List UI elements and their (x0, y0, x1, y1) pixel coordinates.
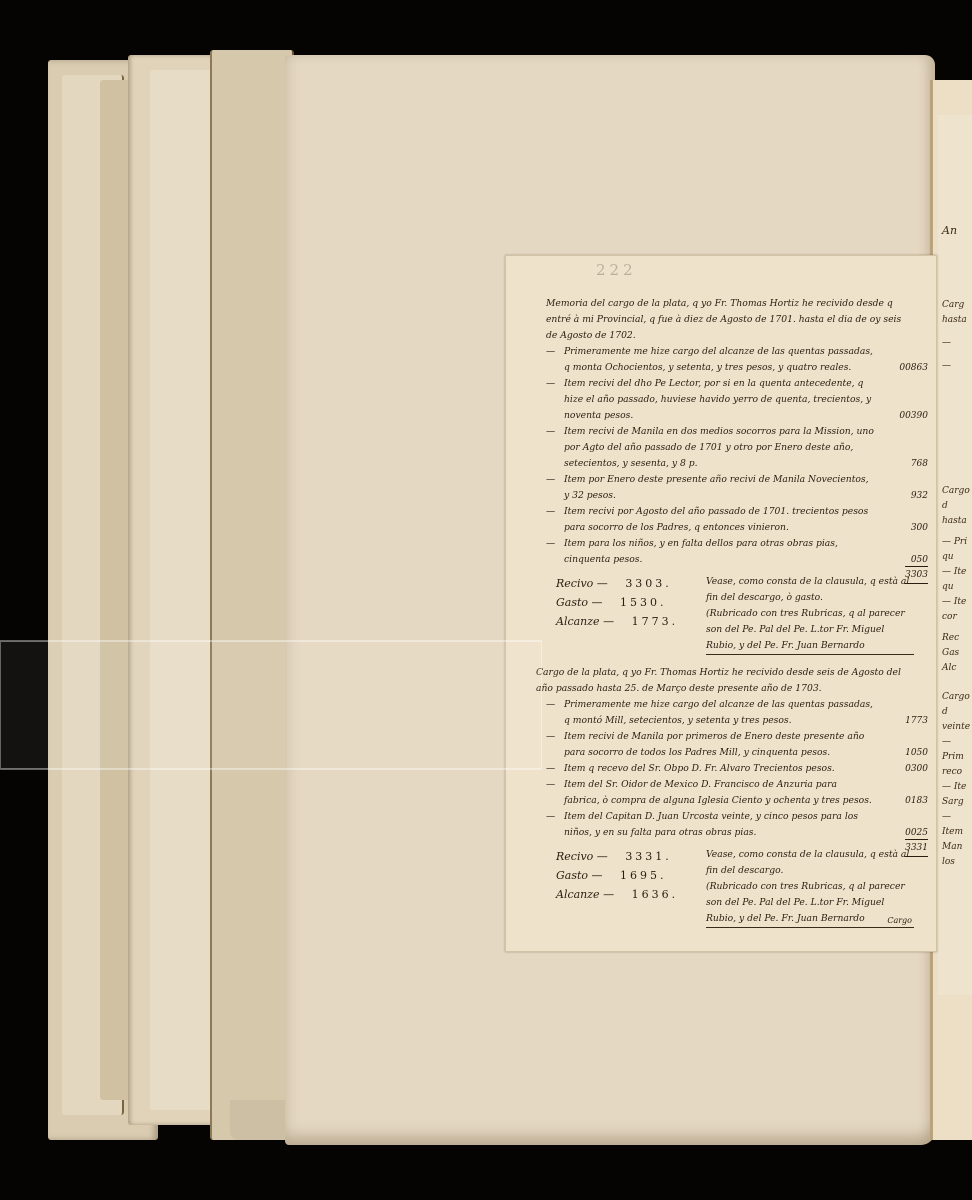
summary-row-gasto: Gasto — 1530. (556, 593, 706, 612)
page-stack-front (210, 50, 294, 1140)
entry-amount: 768 (911, 456, 928, 472)
section1-heading: Memoria del cargo de la plata, q yo Fr. … (546, 296, 914, 344)
section1-note: Vease, como consta de la clausula, q est… (706, 574, 914, 655)
ledger-entry: Item q recevo del Sr. Obpo D. Fr. Alvaro… (546, 761, 914, 777)
fragment: — Pri (942, 535, 972, 550)
facing-page-text-area: An Carg hasta — — Cargo d hasta — Pri qu… (938, 115, 972, 995)
facing-page-fragments: An Carg hasta — — Cargo d hasta — Pri qu… (938, 115, 972, 870)
fragment: — Item (942, 810, 972, 840)
summary-row-gasto: Gasto — 1695. (556, 866, 706, 885)
summary-row-alcanze: Alcanze — 1773. (556, 612, 706, 631)
ledger-entry: Item recivi por Agosto del año passado d… (546, 504, 914, 536)
signature-note: (Rubricado con tres Rubricas, q al parec… (706, 879, 914, 928)
fragment: hasta (942, 514, 972, 529)
entry-amount: 0300 (905, 761, 928, 777)
signature-note: (Rubricado con tres Rubricas, q al parec… (706, 606, 914, 655)
clear-film-strip (0, 640, 542, 770)
bleed-through-text (315, 115, 320, 133)
fragment: Carg (942, 298, 972, 313)
fragment: — Ite (942, 565, 972, 580)
entry-amount: 1773 (905, 713, 928, 729)
section1-total: 3303 (905, 566, 928, 584)
fragment: Sarg (942, 795, 972, 810)
section2-note: Vease, como consta de la clausula, q est… (706, 847, 914, 928)
entry-amount: 00390 (899, 408, 928, 424)
summary-row-recivo: Recivo — 3331. (556, 847, 706, 866)
fragment: Man (942, 840, 972, 855)
ledger-entry: Item del Capitan D. Juan Urcosta veinte,… (546, 809, 914, 841)
ledger-entry: Item recivi del dho Pe Lector, por si en… (546, 376, 914, 424)
summary-row-alcanze: Alcanze — 1636. (556, 885, 706, 904)
ledger-entry: Item del Sr. Oidor de Mexico D. Francisc… (546, 777, 914, 809)
fragment: — Prim (942, 735, 972, 765)
fragment: An (942, 223, 972, 238)
entry-amount: 0183 (905, 793, 928, 809)
fragment: los (942, 855, 972, 870)
fragment: — (942, 359, 972, 374)
section2-heading: Cargo de la plata, q yo Fr. Thomas Horti… (536, 665, 914, 697)
ledger-entry: Primeramente me hize cargo del alcanze d… (546, 344, 914, 376)
fragment: cor (942, 610, 972, 625)
page-number: 222 (596, 262, 637, 278)
catchword: Cargo (887, 913, 912, 929)
fragment: qu (942, 580, 972, 595)
fragment: Gas (942, 646, 972, 661)
section1-summary: Recivo — 3303. Gasto — 1530. Alcanze — 1… (556, 574, 914, 655)
ledger-entry: Item recivi de Manila en dos medios soco… (546, 424, 914, 472)
ledger-entry: Item por Enero deste presente año recivi… (546, 472, 914, 504)
ledger-entry: Item para los niños, y en falta dellos p… (546, 536, 914, 568)
entry-amount: 300 (911, 520, 928, 536)
fragment: Alc (942, 661, 972, 676)
section2-summary: Recivo — 3331. Gasto — 1695. Alcanze — 1… (556, 847, 914, 928)
fragment: — Ite (942, 780, 972, 795)
memo-sheet: 222 Memoria del cargo de la plata, q yo … (505, 255, 937, 952)
fragment: Cargo d (942, 484, 972, 514)
fragment: qu (942, 550, 972, 565)
summary-row-recivo: Recivo — 3303. (556, 574, 706, 593)
fragment: Rec (942, 631, 972, 646)
ledger-entry: Item recivi de Manila por primeros de En… (546, 729, 914, 761)
fragment: veinte (942, 720, 972, 735)
fragment: hasta (942, 313, 972, 328)
entry-amount: 932 (911, 488, 928, 504)
fragment: — (942, 336, 972, 351)
fragment: — Ite (942, 595, 972, 610)
fragment: reco (942, 765, 972, 780)
entry-amount: 1050 (905, 745, 928, 761)
fragment: Cargo d (942, 690, 972, 720)
ledger-entry: Primeramente me hize cargo del alcanze d… (546, 697, 914, 729)
entry-amount: 00863 (899, 360, 928, 376)
section2-total: 3331 (905, 839, 928, 857)
